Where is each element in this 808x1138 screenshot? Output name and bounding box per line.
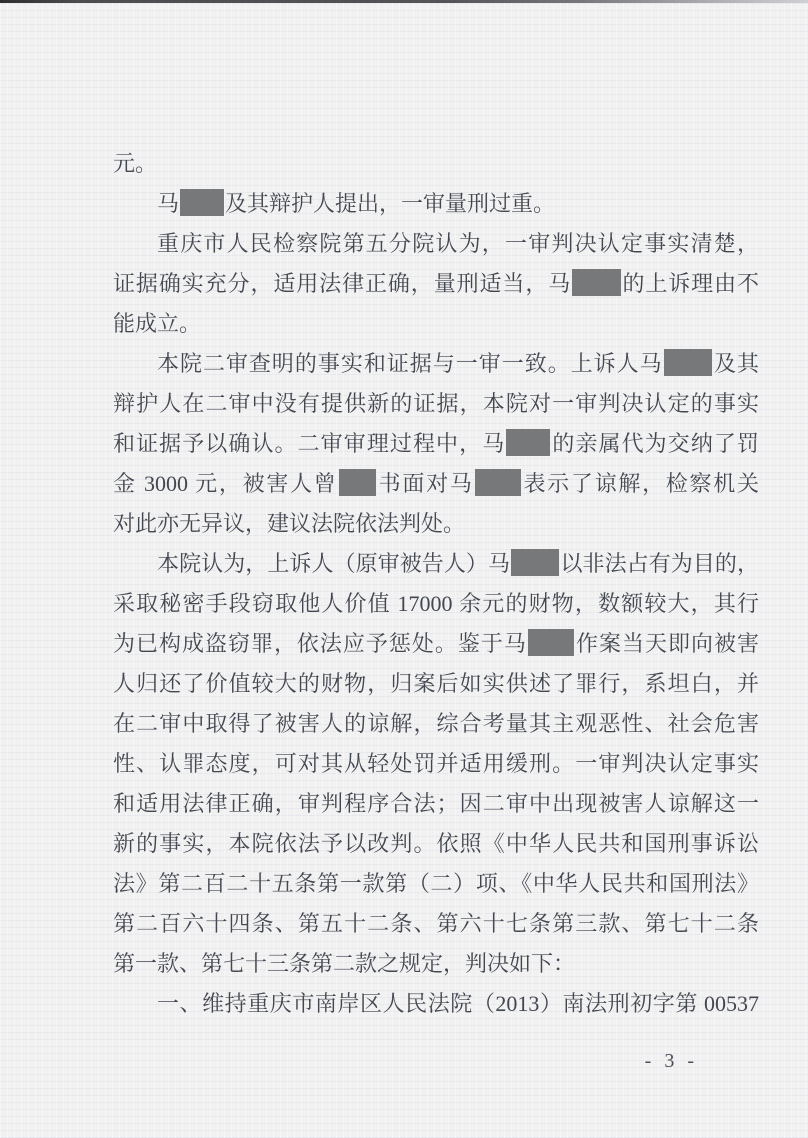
text-segment: 对此亦无异议，建议法院依法判处。 <box>113 511 465 536</box>
text-line: 本院认为，上诉人（原审被告人）马以非法占有为目的， <box>113 544 759 584</box>
text-line: 采取秘密手段窃取他人价值 17000 余元的财物，数额较大，其行 <box>113 584 759 624</box>
text-segment: 第一款、第七十三条第二款之规定，判决如下： <box>113 951 575 976</box>
text-segment: 本院二审查明的事实和证据与一审一致。上诉人马 <box>157 351 663 376</box>
text-line: 和适用法律正确，审判程序合法；因二审中出现被害人谅解这一 <box>113 784 759 824</box>
redaction-box <box>180 189 224 215</box>
redaction-box <box>572 269 620 295</box>
text-line: 性、认罪态度，可对其从轻处罚并适用缓刑。一审判决认定事实 <box>113 744 759 784</box>
text-segment: 本院认为，上诉人（原审被告人）马 <box>157 551 510 576</box>
text-segment: 及其辩护人提出，一审量刑过重。 <box>225 191 555 216</box>
text-segment: 和适用法律正确，审判程序合法；因二审中出现被害人谅解这一 <box>113 791 759 816</box>
text-line: 证据确实充分，适用法律正确，量刑适当，马的上诉理由不 <box>113 264 759 304</box>
text-line: 对此亦无异议，建议法院依法判处。 <box>113 504 759 544</box>
text-segment: 马 <box>157 191 179 216</box>
text-segment: 第二百六十四条、第五十二条、第六十七条第三款、第七十二条 <box>113 911 759 936</box>
text-segment: 新的事实，本院依法予以改判。依照《中华人民共和国刑事诉讼 <box>113 831 759 856</box>
judgment-text-block: 元。马及其辩护人提出，一审量刑过重。重庆市人民检察院第五分院认为，一审判决认定事… <box>113 144 759 1024</box>
redaction-box <box>506 429 550 455</box>
text-segment: 采取秘密手段窃取他人价值 17000 余元的财物，数额较大，其行 <box>113 591 759 616</box>
text-segment: 为已构成盗窃罪，依法应予惩处。鉴于马 <box>113 631 527 656</box>
text-segment: 人归还了价值较大的财物，归案后如实供述了罪行，系坦白，并 <box>113 671 759 696</box>
text-segment: 及其 <box>713 351 759 376</box>
text-line: 金 3000 元，被害人曾书面对马表示了谅解，检察机关 <box>113 464 759 504</box>
text-line: 本院二审查明的事实和证据与一审一致。上诉人马及其 <box>113 344 759 384</box>
text-segment: 的上诉理由不 <box>622 271 759 296</box>
text-segment: 法》第二百二十五条第一款第（二）项、《中华人民共和国刑法》 <box>113 871 759 896</box>
text-segment: 和证据予以确认。二审审理过程中，马 <box>113 431 505 456</box>
text-segment: 元。 <box>113 151 157 176</box>
text-line: 人归还了价值较大的财物，归案后如实供述了罪行，系坦白，并 <box>113 664 759 704</box>
text-segment: 一、维持重庆市南岸区人民法院（2013）南法刑初字第 00537 <box>157 991 759 1016</box>
text-line: 元。 <box>113 144 759 184</box>
text-segment: 的亲属代为交纳了罚 <box>551 431 759 456</box>
text-segment: 以非法占有为目的， <box>560 551 759 576</box>
text-segment: 性、认罪态度，可对其从轻处罚并适用缓刑。一审判决认定事实 <box>113 751 759 776</box>
text-line: 马及其辩护人提出，一审量刑过重。 <box>113 184 759 224</box>
redaction-box <box>475 469 521 495</box>
page-number: - 3 - <box>0 1050 808 1073</box>
text-line: 一、维持重庆市南岸区人民法院（2013）南法刑初字第 00537 <box>113 984 759 1024</box>
text-segment: 作案当天即向被害 <box>575 631 759 656</box>
text-segment: 书面对马 <box>377 471 474 496</box>
text-line: 第一款、第七十三条第二款之规定，判决如下： <box>113 944 759 984</box>
text-segment: 证据确实充分，适用法律正确，量刑适当，马 <box>113 271 571 296</box>
text-line: 在二审中取得了被害人的谅解，综合考量其主观恶性、社会危害 <box>113 704 759 744</box>
text-line: 为已构成盗窃罪，依法应予惩处。鉴于马作案当天即向被害 <box>113 624 759 664</box>
text-line: 法》第二百二十五条第一款第（二）项、《中华人民共和国刑法》 <box>113 864 759 904</box>
text-line: 辩护人在二审中没有提供新的证据，本院对一审判决认定的事实 <box>113 384 759 424</box>
redaction-box <box>339 469 376 495</box>
text-segment: 金 3000 元，被害人曾 <box>113 471 338 496</box>
text-segment: 重庆市人民检察院第五分院认为，一审判决认定事实清楚， <box>157 231 759 256</box>
scan-edge-artifact <box>0 0 808 3</box>
scanned-judgment-page: 元。马及其辩护人提出，一审量刑过重。重庆市人民检察院第五分院认为，一审判决认定事… <box>0 0 808 1138</box>
text-line: 重庆市人民检察院第五分院认为，一审判决认定事实清楚， <box>113 224 759 264</box>
text-segment: 在二审中取得了被害人的谅解，综合考量其主观恶性、社会危害 <box>113 711 759 736</box>
text-segment: 辩护人在二审中没有提供新的证据，本院对一审判决认定的事实 <box>113 391 759 416</box>
text-line: 第二百六十四条、第五十二条、第六十七条第三款、第七十二条 <box>113 904 759 944</box>
text-line: 新的事实，本院依法予以改判。依照《中华人民共和国刑事诉讼 <box>113 824 759 864</box>
text-segment: 能成立。 <box>113 311 201 336</box>
redaction-box <box>528 629 574 655</box>
redaction-box <box>664 349 712 375</box>
text-line: 能成立。 <box>113 304 759 344</box>
redaction-box <box>511 549 559 575</box>
text-segment: 表示了谅解，检察机关 <box>522 471 759 496</box>
text-line: 和证据予以确认。二审审理过程中，马的亲属代为交纳了罚 <box>113 424 759 464</box>
